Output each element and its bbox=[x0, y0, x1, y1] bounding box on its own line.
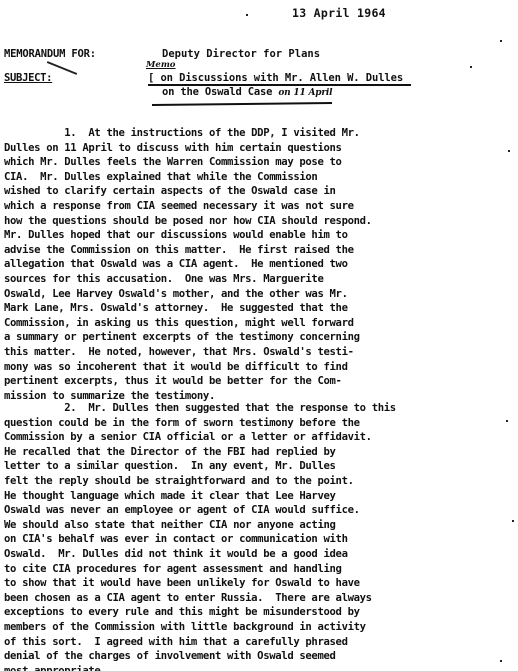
paragraph-2: 2. Mr. Dulles then suggested that the re… bbox=[4, 401, 514, 671]
text-line: 1. At the instructions of the DDP, I vis… bbox=[4, 126, 514, 141]
paragraph-1: 1. At the instructions of the DDP, I vis… bbox=[4, 126, 514, 403]
text-line: He thought language which made it clear … bbox=[4, 489, 514, 504]
scan-speck bbox=[500, 660, 502, 662]
text-line: Commission by a senior CIA official or a… bbox=[4, 430, 514, 445]
text-line: question could be in the form of sworn t… bbox=[4, 416, 514, 431]
text-line: to show that it would have been unlikely… bbox=[4, 576, 514, 591]
text-line: pertinent excerpts, thus it would be bet… bbox=[4, 374, 514, 389]
text-line: 2. Mr. Dulles then suggested that the re… bbox=[4, 401, 514, 416]
scan-speck bbox=[506, 420, 508, 422]
text-line: felt the reply should be straightforward… bbox=[4, 474, 514, 489]
text-line: Oswald. Mr. Dulles did not think it woul… bbox=[4, 547, 514, 562]
text-line: been chosen as a CIA agent to enter Russ… bbox=[4, 591, 514, 606]
text-line: letter to a similar question. In any eve… bbox=[4, 459, 514, 474]
scan-speck bbox=[508, 150, 510, 152]
scan-speck bbox=[246, 14, 248, 16]
scan-speck bbox=[500, 40, 502, 42]
text-line: CIA. Mr. Dulles explained that while the… bbox=[4, 170, 514, 185]
text-line: Mr. Dulles hoped that our discussions wo… bbox=[4, 228, 514, 243]
text-line: exceptions to every rule and this might … bbox=[4, 605, 514, 620]
text-line: on CIA's behalf was ever in contact or c… bbox=[4, 532, 514, 547]
memorandum-for-label: MEMORANDUM FOR: bbox=[4, 48, 96, 60]
text-line: allegation that Oswald was a CIA agent. … bbox=[4, 257, 514, 272]
text-line: Dulles on 11 April to discuss with him c… bbox=[4, 141, 514, 156]
text-line: Mark Lane, Mrs. Oswald's attorney. He su… bbox=[4, 301, 514, 316]
subject-label: SUBJECT: bbox=[4, 72, 52, 84]
text-line: mony was so incoherent that it would be … bbox=[4, 360, 514, 375]
handwritten-date-note: on 11 April bbox=[278, 88, 332, 98]
text-line: He recalled that the Director of the FBI… bbox=[4, 445, 514, 460]
memorandum-for-recipient: Deputy Director for Plans bbox=[162, 48, 320, 60]
text-line: We should also state that neither CIA no… bbox=[4, 518, 514, 533]
text-line: Oswald, Lee Harvey Oswald's mother, and … bbox=[4, 287, 514, 302]
memo-page: 13 April 1964 MEMORANDUM FOR: Deputy Dir… bbox=[0, 0, 518, 671]
scan-speck bbox=[470, 66, 472, 68]
text-line: a summary or pertinent excerpts of the t… bbox=[4, 330, 514, 345]
text-line: Commission, in asking us this question, … bbox=[4, 316, 514, 331]
subject-line-1: [ on Discussions with Mr. Allen W. Dulle… bbox=[148, 72, 411, 86]
scan-speck bbox=[512, 520, 514, 522]
text-line: sources for this accusation. One was Mrs… bbox=[4, 272, 514, 287]
subject-line-2: on the Oswald Case on 11 April bbox=[162, 86, 332, 98]
subject-line-2-text: on the Oswald Case bbox=[162, 86, 272, 98]
text-line: which a response from CIA seemed necessa… bbox=[4, 199, 514, 214]
subject-underline bbox=[152, 102, 332, 106]
text-line: denial of the charges of involvement wit… bbox=[4, 649, 514, 664]
text-line: of this sort. I agreed with him that a c… bbox=[4, 635, 514, 650]
text-line: most appropriate. bbox=[4, 664, 514, 671]
text-line: how the questions should be posed nor ho… bbox=[4, 214, 514, 229]
memo-date: 13 April 1964 bbox=[292, 6, 386, 20]
text-line: to cite CIA procedures for agent assessm… bbox=[4, 562, 514, 577]
text-line: wished to clarify certain aspects of the… bbox=[4, 184, 514, 199]
text-line: members of the Commission with little ba… bbox=[4, 620, 514, 635]
text-line: Oswald was never an employee or agent of… bbox=[4, 503, 514, 518]
text-line: which Mr. Dulles feels the Warren Commis… bbox=[4, 155, 514, 170]
handwritten-insert: Memo bbox=[146, 60, 175, 70]
text-line: advise the Commission on this matter. He… bbox=[4, 243, 514, 258]
text-line: this matter. He noted, however, that Mrs… bbox=[4, 345, 514, 360]
